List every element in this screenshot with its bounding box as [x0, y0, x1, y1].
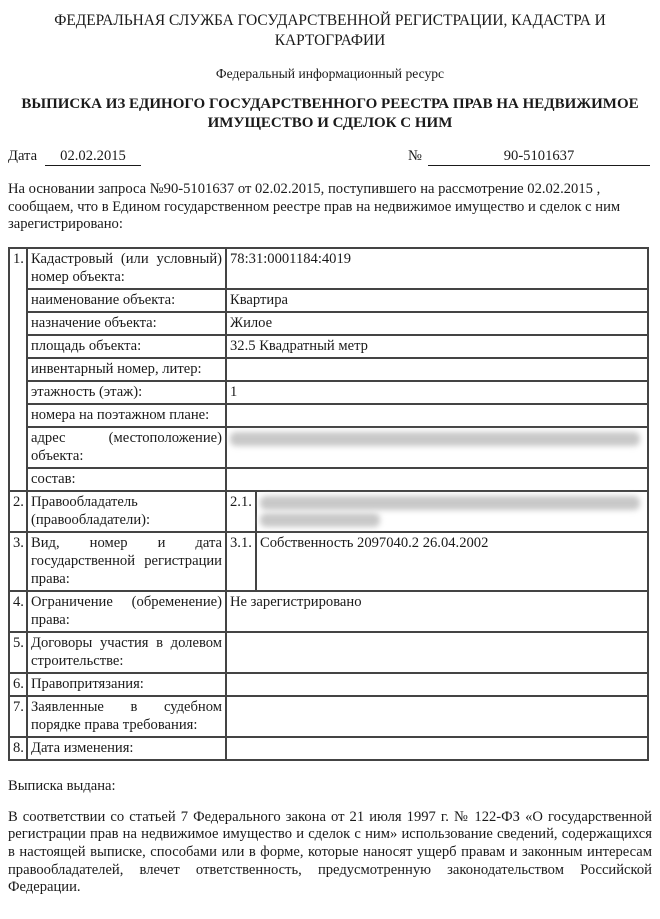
change-date [226, 737, 648, 760]
cadastral-number: 78:31:0001184:4019 [226, 248, 648, 289]
address-redacted [226, 427, 648, 468]
row-label: назначение объекта: [27, 312, 226, 335]
date-label: Дата [8, 147, 37, 165]
table-row: 6. Правопритязания: [9, 673, 648, 696]
issued-label: Выписка выдана: [8, 777, 652, 795]
object-purpose: Жилое [226, 312, 648, 335]
row-label: площадь объекта: [27, 335, 226, 358]
redaction-blur [260, 496, 640, 510]
law-notice: В соответствии со статьей 7 Федерального… [8, 809, 652, 898]
table-row: 4. Ограничение (обременение) права: Не з… [9, 591, 648, 632]
row-label: наименование объекта: [27, 289, 226, 312]
table-row: 5. Договоры участия в долевом строительс… [9, 632, 648, 673]
row-label: этажность (этаж): [27, 381, 226, 404]
number-value: 90-5101637 [428, 147, 650, 166]
row-label: состав: [27, 468, 226, 491]
shared-construction [226, 632, 648, 673]
date-number-line: Дата 02.02.2015 № 90-5101637 [8, 147, 652, 169]
sub-number: 3.1. [226, 532, 256, 591]
object-area: 32.5 Квадратный метр [226, 335, 648, 358]
court-claims [226, 696, 648, 737]
agency-title: ФЕДЕРАЛЬНАЯ СЛУЖБА ГОСУДАРСТВЕННОЙ РЕГИС… [38, 0, 622, 51]
row-label: инвентарный номер, литер: [27, 358, 226, 381]
resource-subtitle: Федеральный информационный ресурс [8, 65, 652, 83]
table-row: 3. Вид, номер и дата государственной рег… [9, 532, 648, 591]
table-row: инвентарный номер, литер: [9, 358, 648, 381]
row-label: Кадастровый (или условный) номер объекта… [27, 248, 226, 289]
redaction-blur [260, 513, 380, 527]
table-row: 7. Заявленные в судебном порядке права т… [9, 696, 648, 737]
composition [226, 468, 648, 491]
floor-plan-numbers [226, 404, 648, 427]
claims [226, 673, 648, 696]
section-number: 5. [9, 632, 27, 673]
table-row: назначение объекта: Жилое [9, 312, 648, 335]
table-row: 2. Правообладатель (правообладатели): 2.… [9, 491, 648, 532]
sub-number: 2.1. [226, 491, 256, 532]
table-row: площадь объекта: 32.5 Квадратный метр [9, 335, 648, 358]
owner-redacted [256, 491, 648, 532]
registry-table: 1. Кадастровый (или условный) номер объе… [8, 247, 649, 761]
row-label: адрес (местоположение) объекта: [27, 427, 226, 468]
table-row: этажность (этаж): 1 [9, 381, 648, 404]
date-value: 02.02.2015 [45, 147, 141, 166]
table-row: адрес (местоположение) объекта: [9, 427, 648, 468]
redaction-blur [230, 432, 640, 446]
document-title: ВЫПИСКА ИЗ ЕДИНОГО ГОСУДАРСТВЕННОГО РЕЕС… [8, 95, 652, 133]
floor-count: 1 [226, 381, 648, 404]
section-number: 1. [9, 248, 27, 491]
row-label: Договоры участия в долевом строительстве… [27, 632, 226, 673]
table-row: состав: [9, 468, 648, 491]
section-number: 2. [9, 491, 27, 532]
right-registration: Собственность 2097040.2 26.04.2002 [256, 532, 648, 591]
number-label: № [408, 147, 422, 165]
table-row: наименование объекта: Квартира [9, 289, 648, 312]
row-label: Вид, номер и дата государственной регист… [27, 532, 226, 591]
inventory-number [226, 358, 648, 381]
table-row: 1. Кадастровый (или условный) номер объе… [9, 248, 648, 289]
section-number: 3. [9, 532, 27, 591]
section-number: 6. [9, 673, 27, 696]
row-label: Дата изменения: [27, 737, 226, 760]
section-number: 8. [9, 737, 27, 760]
intro-paragraph: На основании запроса №90-5101637 от 02.0… [8, 181, 652, 234]
document-page: ФЕДЕРАЛЬНАЯ СЛУЖБА ГОСУДАРСТВЕННОЙ РЕГИС… [0, 0, 660, 897]
section-number: 4. [9, 591, 27, 632]
row-label: Правообладатель (правообладатели): [27, 491, 226, 532]
encumbrance: Не зарегистрировано [226, 591, 648, 632]
row-label: Правопритязания: [27, 673, 226, 696]
row-label: Заявленные в судебном порядке права треб… [27, 696, 226, 737]
section-number: 7. [9, 696, 27, 737]
row-label: номера на поэтажном плане: [27, 404, 226, 427]
table-row: 8. Дата изменения: [9, 737, 648, 760]
table-row: номера на поэтажном плане: [9, 404, 648, 427]
row-label: Ограничение (обременение) права: [27, 591, 226, 632]
object-name: Квартира [226, 289, 648, 312]
